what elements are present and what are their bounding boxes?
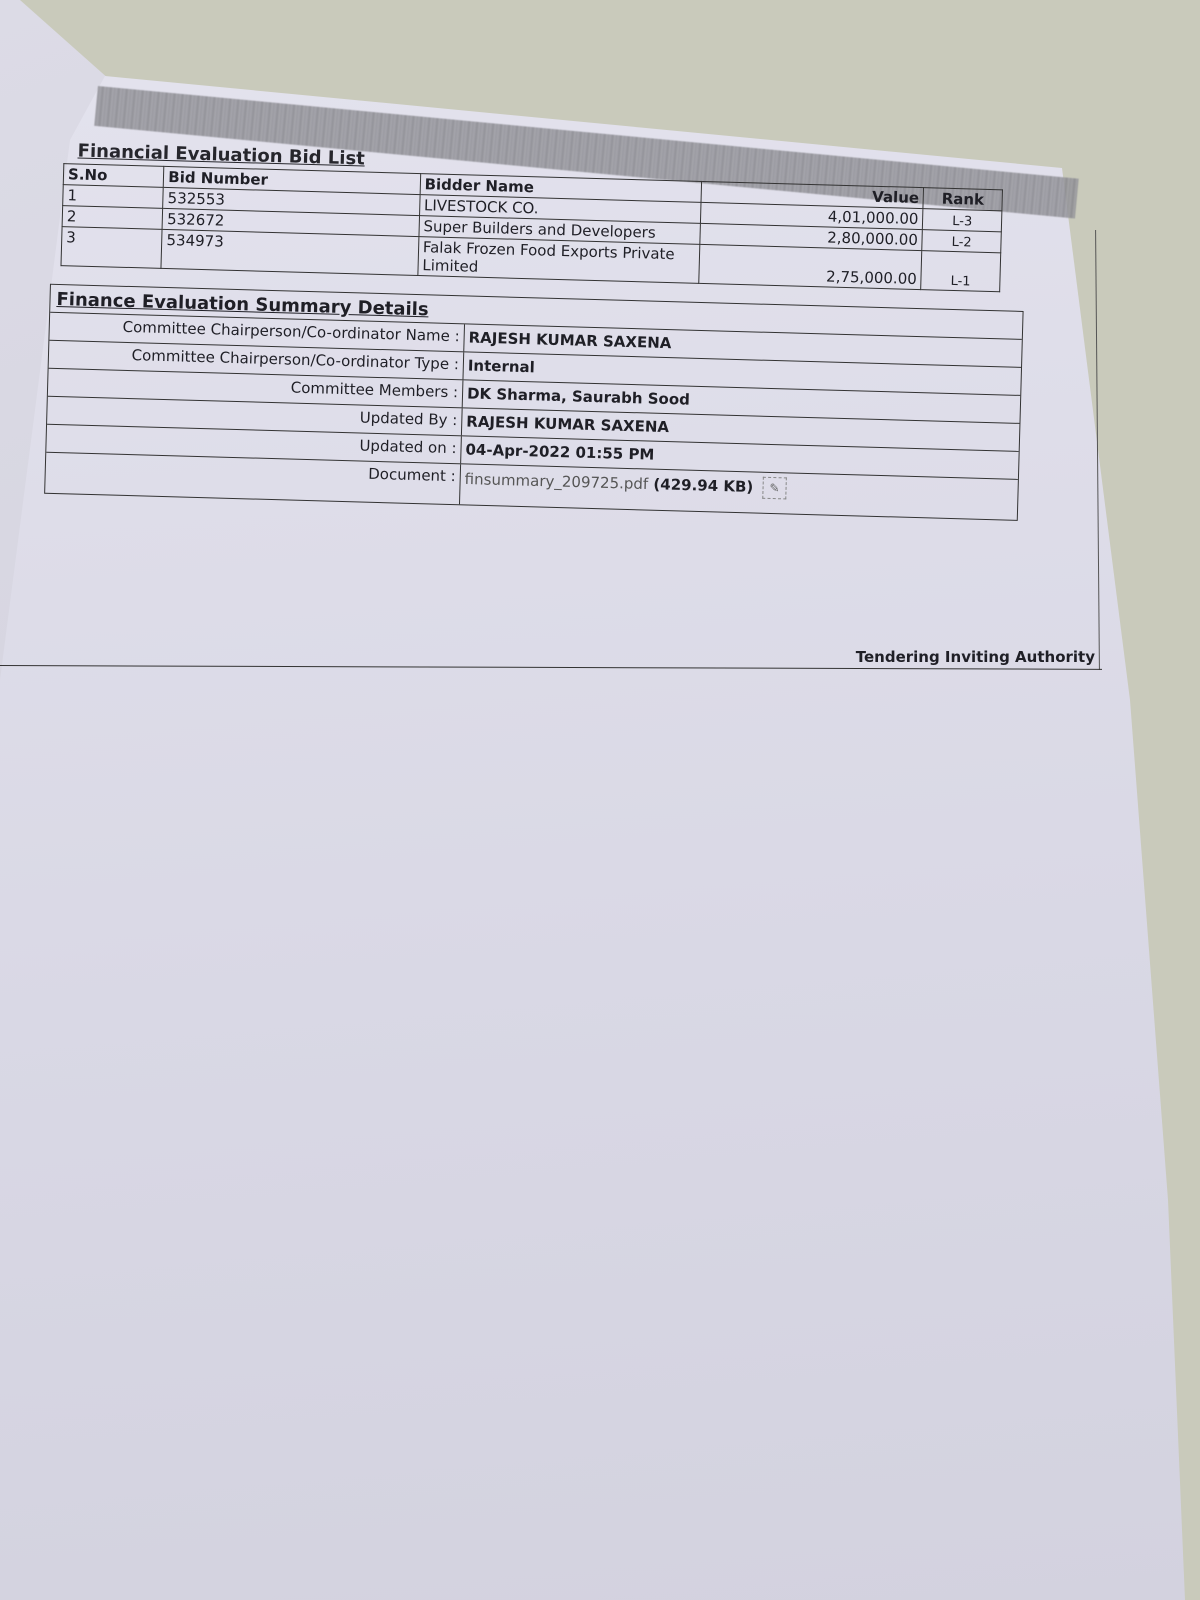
pdf-file-icon[interactable]: ✎ <box>762 477 787 500</box>
tendering-authority-label: Tendering Inviting Authority <box>856 648 1095 666</box>
cell-sno: 1 <box>63 185 164 209</box>
cell-rank: L-1 <box>921 251 1001 292</box>
header-sno: S.No <box>63 164 164 188</box>
cell-rank: L-3 <box>923 209 1002 232</box>
cell-rank: L-2 <box>922 230 1001 253</box>
cell-bidder-name: Falak Frozen Food Exports Private Limite… <box>418 237 700 284</box>
document-size: (429.94 KB) <box>653 475 753 496</box>
cell-bid-number: 534973 <box>161 229 418 275</box>
cell-sno: 3 <box>61 227 162 269</box>
header-rank: Rank <box>923 188 1002 211</box>
document-content: Financial Evaluation Bid List S.No Bid N… <box>50 140 1109 523</box>
cell-value: 2,75,000.00 <box>699 244 922 289</box>
summary-section: Finance Evaluation Summary Details Commi… <box>44 284 1023 521</box>
cell-sno: 2 <box>62 206 163 230</box>
document-link[interactable]: finsummary_209725.pdf <box>464 470 648 493</box>
